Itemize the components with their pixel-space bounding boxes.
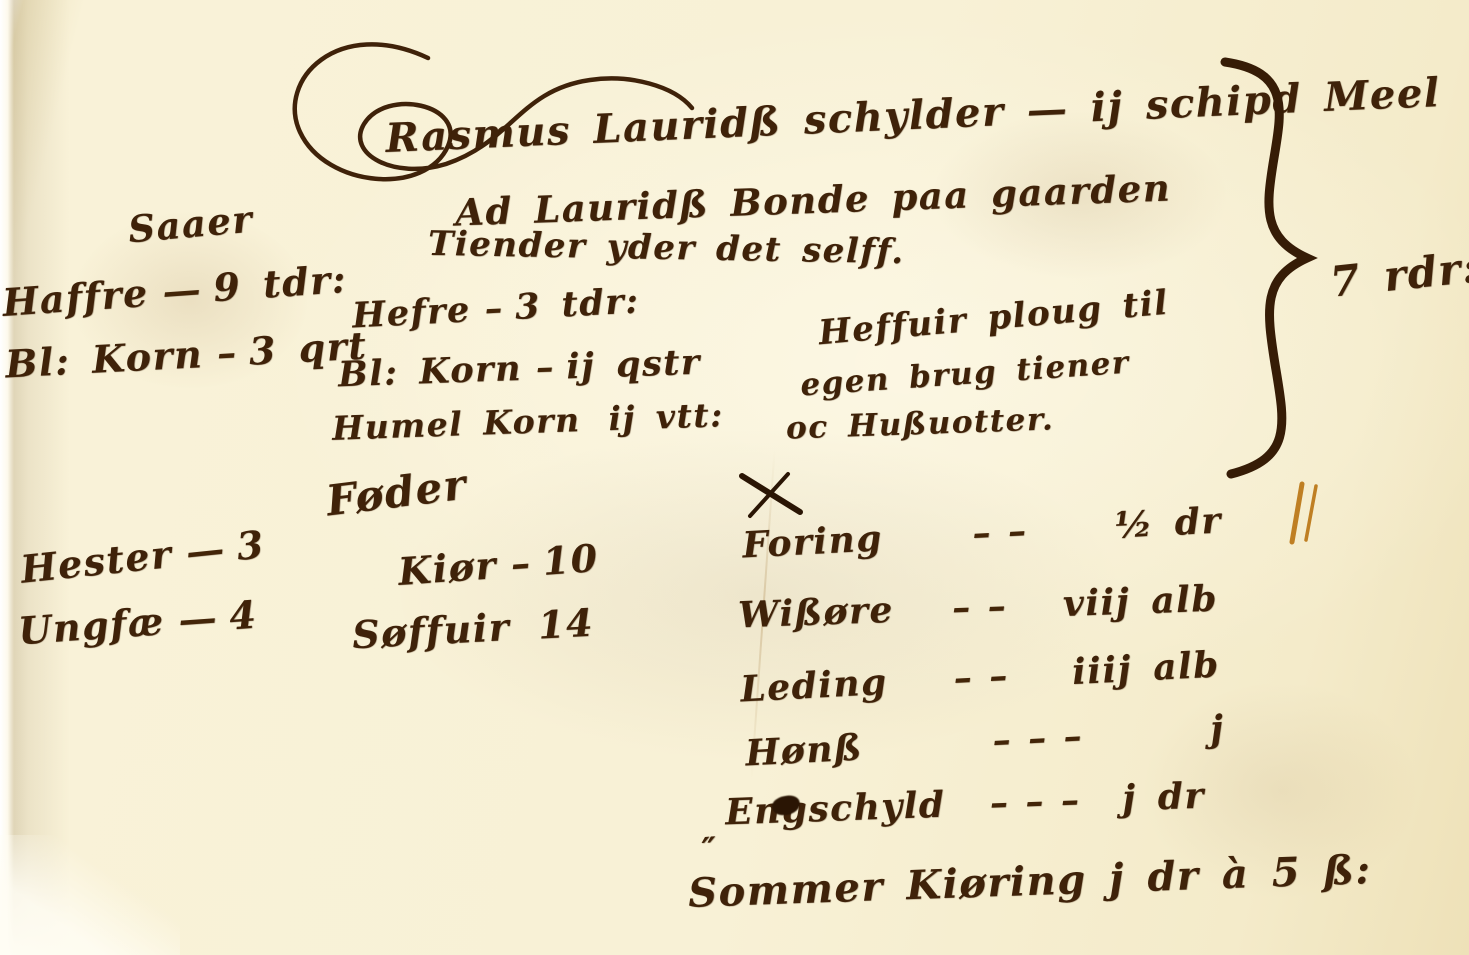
fodder-row-value: 10 [541,535,600,584]
dues-row-value: viij alb [1062,578,1218,625]
dash-separator: – [509,540,530,586]
dash-separator [523,603,525,648]
sown-row-value: 9 tdr: [212,256,349,310]
ditto-mark: ″ [701,829,719,868]
tithe-row-label: Bl: Korn [337,348,522,395]
dues-row-label: Leding [739,661,888,711]
dash-separator: – [484,288,503,330]
dues-row-value: iiij alb [1071,643,1221,693]
fodder-row-label: Kiør [397,542,499,594]
tithe-row-value: ij qstr [566,342,702,388]
dash-separator: — [177,595,217,642]
dues-row-label: Wißøre [737,589,894,636]
paper-edge [0,0,14,955]
dash-separator: – – [971,510,1026,555]
dues-row-value: ½ dr [1113,499,1222,547]
dues-row-label: Engschyld [724,784,946,834]
x-mark-icon [736,470,806,518]
dash-separator: – – – [991,715,1081,762]
dash-separator: – – – [989,779,1078,824]
corner-curl [0,835,180,955]
dash-separator [594,400,595,439]
dash-separator: – [535,347,553,389]
livestock-row-value: 4 [228,592,259,639]
dues-row-label: Hønß [744,726,864,774]
dues-row-label: Foring [741,517,884,566]
header-line-3: Tiender yder det selff. [428,224,905,272]
tithe-row-label: Hefre [351,289,472,336]
livestock-row-value: 3 [234,521,267,569]
dues-row-value: j [1209,707,1226,750]
dash-separator: — [184,526,226,575]
dash-separator: – – [952,655,1007,700]
dues-row-value: j dr [1121,775,1205,820]
fodder-row-label: Søffuir [351,604,511,657]
dash-separator: — [161,266,201,313]
tithe-row-value: 3 tdr: [514,281,641,328]
orange-tick-marks [1288,480,1338,550]
dash-separator: – – [951,585,1005,629]
curly-brace [1195,52,1345,482]
dash-separator: – [216,329,236,375]
fodder-row-value: 14 [537,600,595,648]
tithe-row-value: ij vtt: [608,395,725,438]
